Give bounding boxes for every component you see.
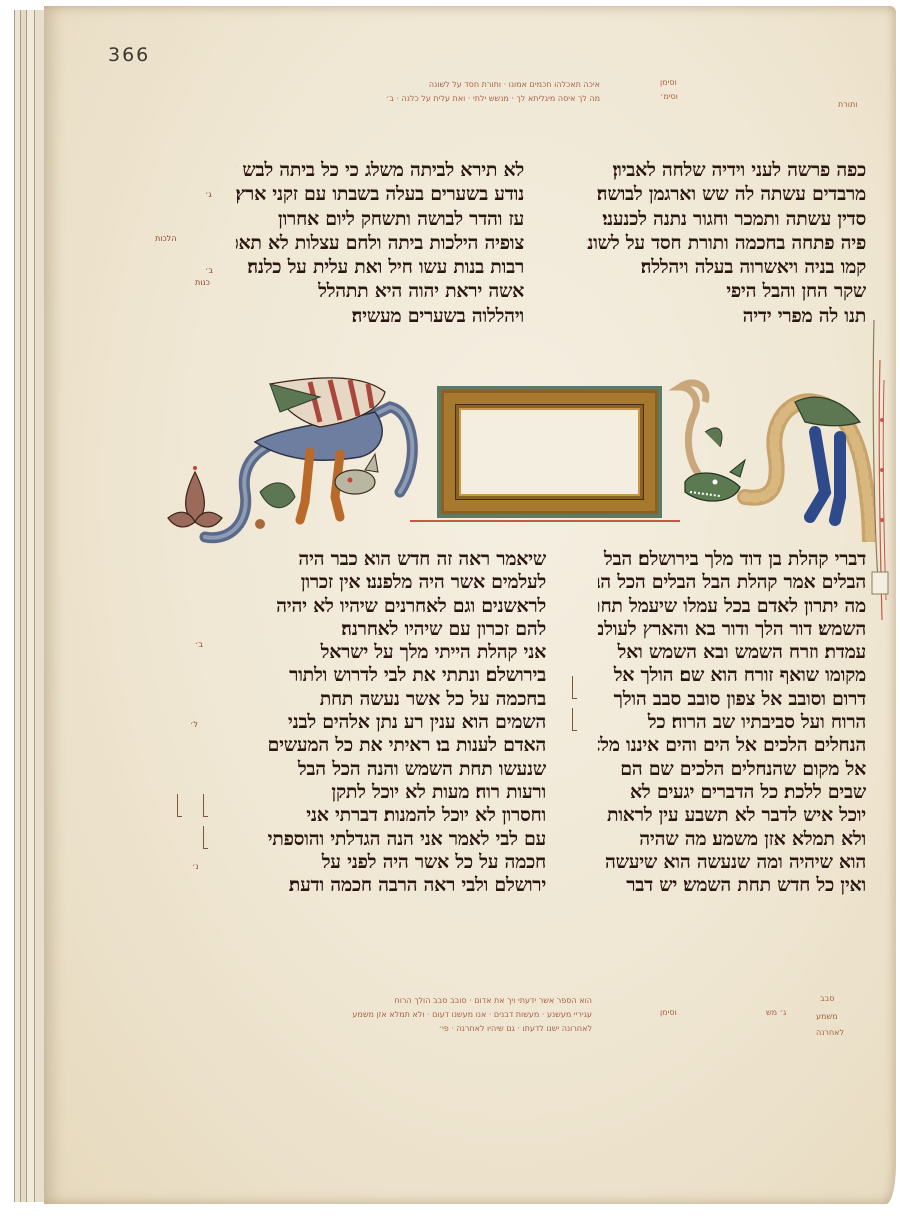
text-line: ורעות רוח׃ מעות לא יוכל לתקן [236, 781, 546, 804]
masorah-line: איכה תאכלהו חכמים אמונו · ותורת חסד על ל… [260, 78, 600, 92]
margin-note: ג׳ [205, 190, 212, 199]
masorah-side-note: ותורת [838, 100, 857, 109]
masorah-side-note: לאחרנה [816, 1028, 844, 1037]
text-line: ויהללוה בשערים מעשיה׃ [236, 304, 524, 328]
right-margin-border-icon [868, 320, 890, 640]
text-column-upper-right: כפה פרשה לעני וידיה שלחה לאביון׃ מרבדים … [586, 158, 866, 328]
gilded-title-frame [437, 386, 662, 518]
text-line: אל מקום שהנחלים הלכים שם הם [598, 758, 866, 781]
margin-bracket-mark [203, 826, 208, 849]
text-line: קמו בניה ויאשרוה בעלה ויהללה׃ [586, 255, 866, 279]
text-line: בחכמה על כל אשר נעשה תחת [236, 688, 546, 711]
margin-note: כנות [195, 278, 210, 287]
text-line: מרבדים עשתה לה שש וארגמן לבושה׃ [586, 182, 866, 206]
dragon-right-illumination-icon [665, 372, 875, 542]
text-line: ולא תמלא אזן משמע׃ מה שהיה [598, 828, 866, 851]
text-line: מה יתרון לאדם בכל עמלו שיעמל תחת [598, 595, 866, 618]
text-line: צופיה הילכות ביתה ולחם עצלות לא תאכל׃ [236, 231, 524, 255]
text-line: דרום וסובב אל צפון סובב סבב הולך [598, 688, 866, 711]
masorah-top: איכה תאכלהו חכמים אמונו · ותורת חסד על ל… [260, 78, 600, 106]
text-line: יוכל איש לדבר לא תשבע עין לראות [598, 804, 866, 827]
text-line: מקומו שואף זורח הוא שם׃ הולך אל [598, 664, 866, 687]
text-line: חכמה על כל אשר היה לפני על [236, 851, 546, 874]
text-line: האדם לענות בו׃ ראיתי את כל המעשים [236, 734, 546, 757]
text-line: השמים הוא ענין רע נתן אלהים לבני [236, 711, 546, 734]
text-column-lower-right: דברי קהלת בן דוד מלך בירושלם׃ הבל הבלים … [598, 548, 866, 897]
margin-note: ל׳ [190, 720, 198, 729]
masorah-line: עגיריי מעשנע · מעשות דבנים · אנו מעשנו ד… [252, 1008, 592, 1022]
masorah-side-note: ג׳ מש [766, 1008, 786, 1017]
margin-note: ב׳ [205, 266, 213, 275]
text-line: נודע בשערים בעלה בשבתו עם זקני ארץ׃ [236, 182, 524, 206]
text-line: השמש׃ דור הלך ודור בא והארץ לעולם [598, 618, 866, 641]
text-line: וחסרון לא יוכל להמנות׃ דברתי אני [236, 804, 546, 827]
dragon-left-illumination-icon [160, 372, 440, 557]
text-line: הבלים אמר קהלת הבל הבלים הכל הבל׃ [598, 571, 866, 594]
text-line: אשה יראת יהוה היא תתהלל [236, 279, 524, 303]
masorah-side-note: וסימן [660, 78, 677, 87]
text-line: ירושלם ולבי ראה הרבה חכמה ודעת׃ [236, 874, 546, 897]
text-line: בירושלם׃ ונתתי את לבי לדרוש ולתור [236, 664, 546, 687]
masorah-side-note: וסימ׳ [660, 92, 678, 101]
margin-bracket-mark [572, 676, 577, 699]
text-line: דברי קהלת בן דוד מלך בירושלם׃ הבל [598, 548, 866, 571]
text-line: לא תירא לביתה משלג כי כל ביתה לבש שנים׃ [236, 158, 524, 182]
margin-bracket-mark [572, 708, 577, 731]
text-line: פיה פתחה בחכמה ותורת חסד על לשונה׃ [586, 231, 866, 255]
masorah-side-note: וסימן [660, 1008, 677, 1017]
text-line: שנעשו תחת השמש והנה הכל הבל [236, 758, 546, 781]
text-line: הנחלים הלכים אל הים והים איננו מלא [598, 734, 866, 757]
masorah-bottom: הוא הספר אשר ידעתי ויך את אדום · סובב סב… [252, 994, 592, 1036]
empty-title-panel [459, 408, 640, 496]
text-line: אני קהלת הייתי מלך על ישראל [236, 641, 546, 664]
margin-bracket-mark [203, 794, 208, 817]
text-line: שיאמר ראה זה חדש הוא כבר היה [236, 548, 546, 571]
text-line: שקר החן והבל היפי [586, 279, 866, 303]
text-line: ואין כל חדש תחת השמש׃ יש דבר [598, 874, 866, 897]
text-line: עם לבי לאמר אני הנה הגדלתי והוספתי [236, 828, 546, 851]
masorah-line: מה לך איסה מיגליתא לך · מנשש ילתי · ואת … [260, 92, 600, 106]
margin-note: נ׳ [192, 862, 199, 871]
text-line: לעלמים אשר היה מלפננו׃ אין זכרון [236, 571, 546, 594]
margin-bracket-mark [177, 794, 182, 817]
text-line: עמדת׃ וזרח השמש ובא השמש ואל [598, 641, 866, 664]
text-line: להם זכרון עם שיהיו לאחרנה׃ [236, 618, 546, 641]
text-line: עז והדר לבושה ותשחק ליום אחרון [236, 207, 524, 231]
text-line: רבות בנות עשו חיל ואת עלית על כלנה׃ [236, 255, 524, 279]
text-line: לראשנים וגם לאחרנים שיהיו לא יהיה [236, 595, 546, 618]
masorah-line: לאחרונה ישנו לדעתו · גם שיהיו לאחרנה · פ… [252, 1022, 592, 1036]
folio-number: 366 [108, 44, 150, 66]
text-column-lower-left: שיאמר ראה זה חדש הוא כבר היה לעלמים אשר … [236, 548, 546, 897]
masorah-side-note: משמע [816, 1012, 838, 1021]
text-line: תנו לה מפרי ידיה [586, 304, 866, 328]
masorah-side-note: סבב [820, 994, 834, 1003]
text-line: סדין עשתה ותמכר וחגור נתנה לכנעני׃ [586, 207, 866, 231]
red-flourish-line [410, 520, 680, 522]
text-column-upper-left: לא תירא לביתה משלג כי כל ביתה לבש שנים׃ … [236, 158, 524, 328]
text-line: הרוח ועל סביבתיו שב הרוח׃ כל [598, 711, 866, 734]
margin-note: ב׳ [195, 640, 203, 649]
masorah-line: הוא הספר אשר ידעתי ויך את אדום · סובב סב… [252, 994, 592, 1008]
text-line: כפה פרשה לעני וידיה שלחה לאביון׃ [586, 158, 866, 182]
margin-note: הלכות [155, 234, 176, 243]
text-line: שבים ללכת׃ כל הדברים יגעים לא [598, 781, 866, 804]
text-line: הוא שיהיה ומה שנעשה הוא שיעשה [598, 851, 866, 874]
